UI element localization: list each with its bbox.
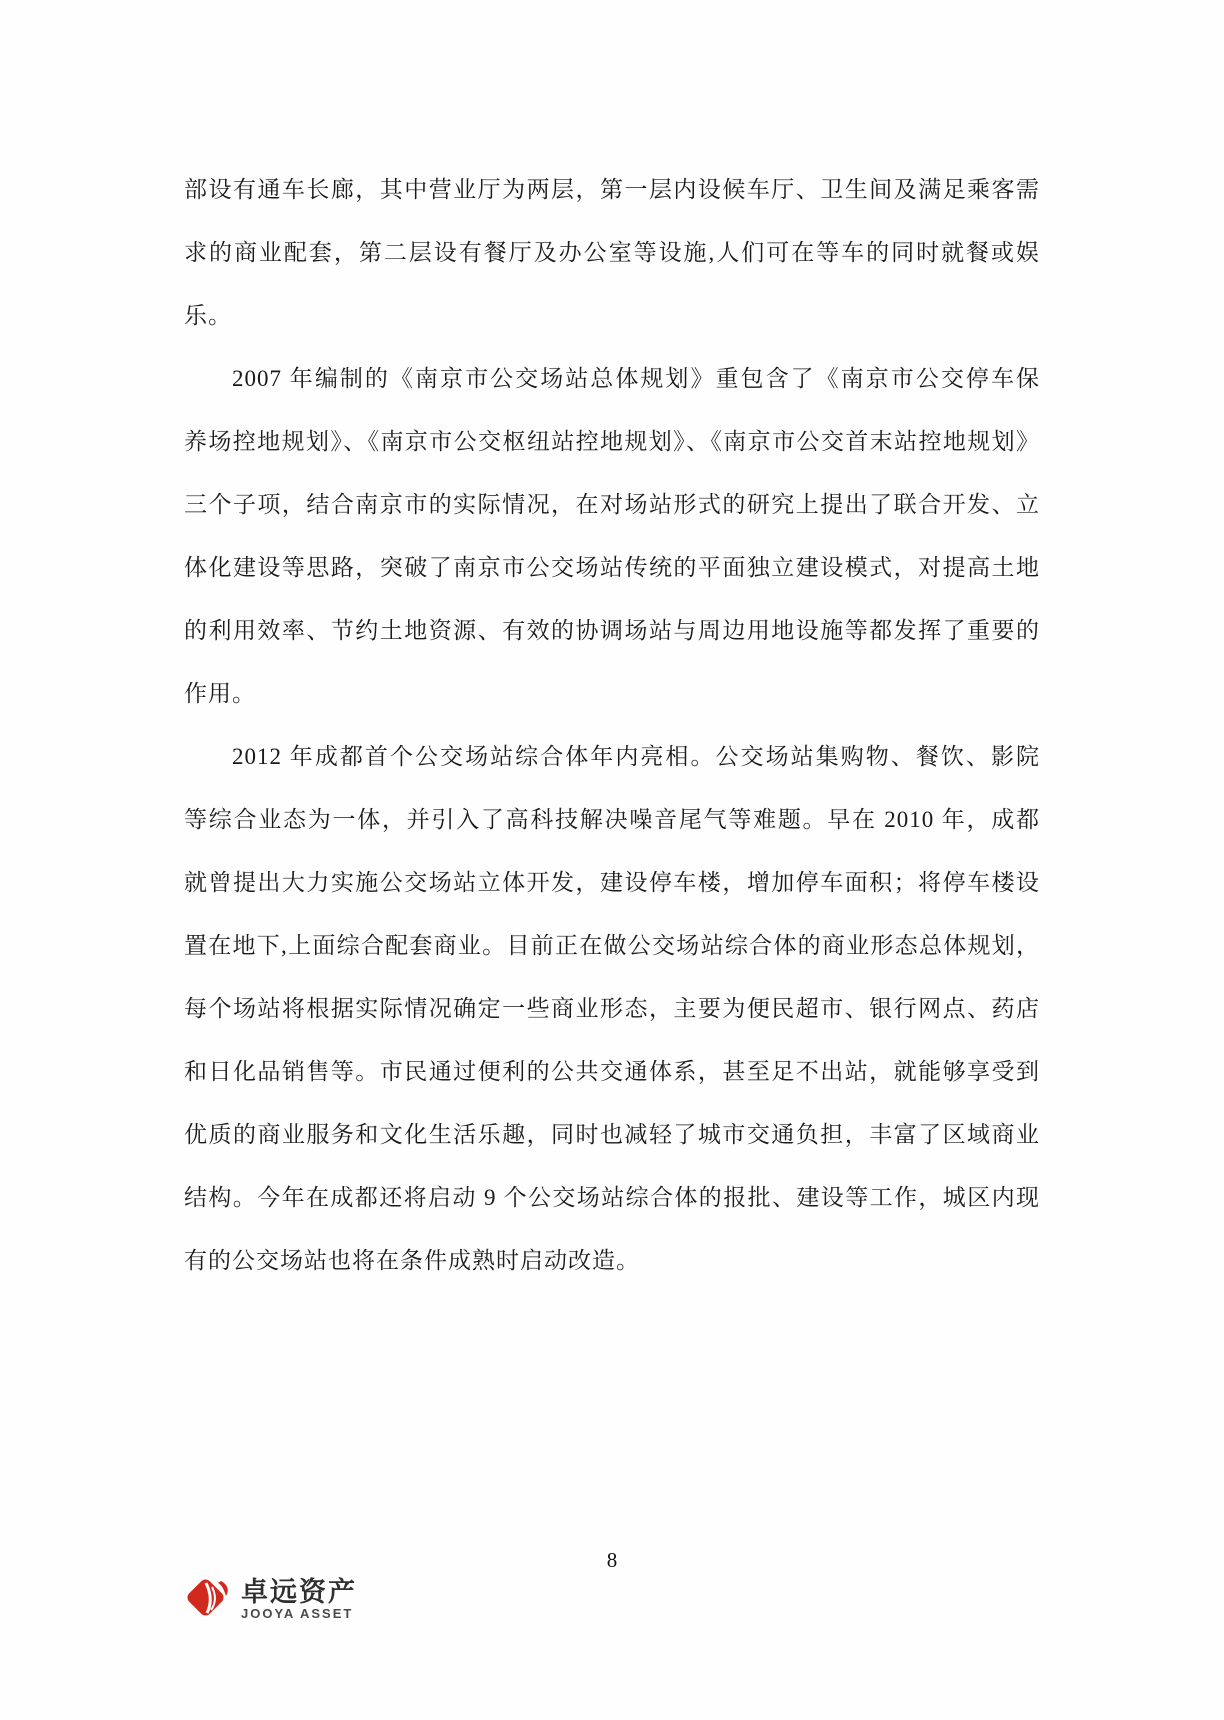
text-line: 体化建设等思路，突破了南京市公交场站传统的平面独立建设模式，对提高土地 [184,536,1040,599]
text-line: 置在地下,上面综合配套商业。目前正在做公交场站综合体的商业形态总体规划， [184,914,1040,977]
text-line: 2012 年成都首个公交场站综合体年内亮相。公交场站集购物、餐饮、影院 [184,725,1040,788]
text-line: 养场控地规划》、《南京市公交枢纽站控地规划》、《南京市公交首末站控地规划》 [184,410,1040,473]
logo-chinese-name: 卓远资产 [241,1578,357,1606]
text-line: 就曾提出大力实施公交场站立体开发，建设停车楼，增加停车面积；将停车楼设 [184,851,1040,914]
text-line: 部设有通车长廊，其中营业厅为两层，第一层内设候车厅、卫生间及满足乘客需 [184,158,1040,221]
text-line: 作用。 [184,662,1040,725]
text-line: 结构。今年在成都还将启动 9 个公交场站综合体的报批、建设等工作，城区内现 [184,1166,1040,1229]
jooya-diamond-logo-icon [183,1576,239,1624]
body-text: 部设有通车长廊，其中营业厅为两层，第一层内设候车厅、卫生间及满足乘客需 求的商业… [184,158,1040,1292]
company-logo: 卓远资产 JOOYA ASSET [183,1576,357,1624]
text-line: 每个场站将根据实际情况确定一些商业形态，主要为便民超市、银行网点、药店 [184,977,1040,1040]
page-number: 8 [0,1548,1224,1573]
logo-text: 卓远资产 JOOYA ASSET [241,1578,357,1621]
logo-english-name: JOOYA ASSET [241,1607,357,1621]
text-line: 有的公交场站也将在条件成熟时启动改造。 [184,1229,1040,1292]
text-line: 的利用效率、节约土地资源、有效的协调场站与周边用地设施等都发挥了重要的 [184,599,1040,662]
text-line: 2007 年编制的《南京市公交场站总体规划》重包含了《南京市公交停车保 [184,347,1040,410]
text-line: 等综合业态为一体，并引入了高科技解决噪音尾气等难题。早在 2010 年，成都 [184,788,1040,851]
document-page: 部设有通车长廊，其中营业厅为两层，第一层内设候车厅、卫生间及满足乘客需 求的商业… [0,0,1224,1720]
text-line: 求的商业配套，第二层设有餐厅及办公室等设施,人们可在等车的同时就餐或娱 [184,221,1040,284]
text-line: 优质的商业服务和文化生活乐趣，同时也减轻了城市交通负担，丰富了区域商业 [184,1103,1040,1166]
text-line: 乐。 [184,284,1040,347]
text-line: 三个子项，结合南京市的实际情况，在对场站形式的研究上提出了联合开发、立 [184,473,1040,536]
text-line: 和日化品销售等。市民通过便利的公共交通体系，甚至足不出站，就能够享受到 [184,1040,1040,1103]
